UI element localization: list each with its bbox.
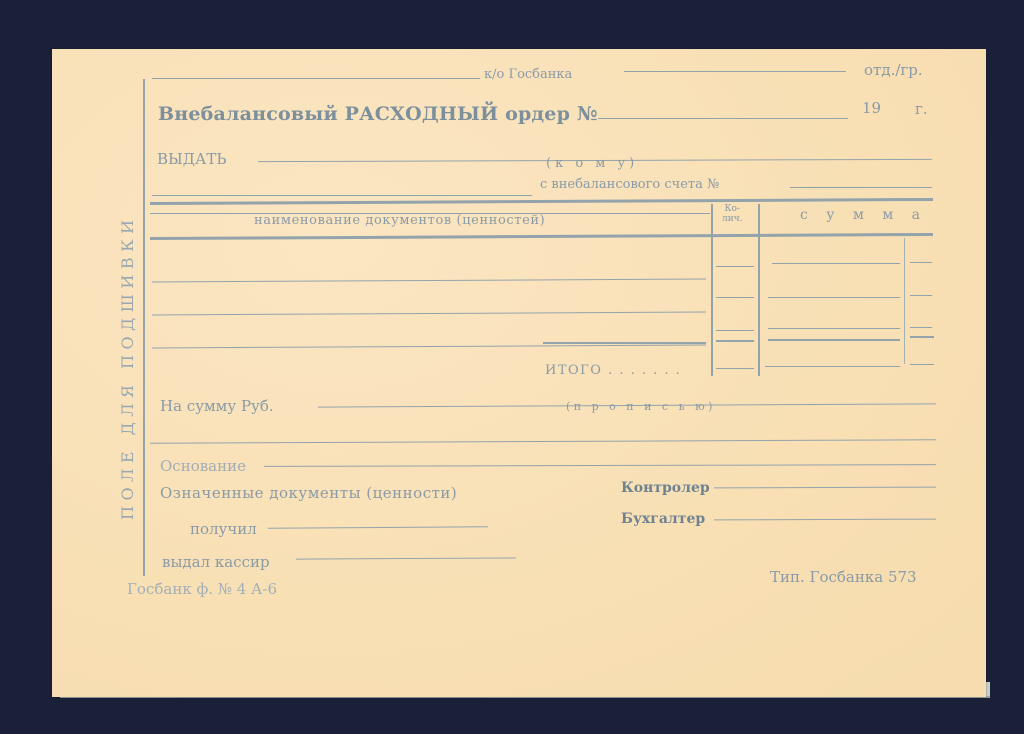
bank-branch-field[interactable] <box>152 78 480 79</box>
binding-margin-line <box>143 79 145 576</box>
table-row-qty[interactable] <box>716 297 754 298</box>
total-kop-field[interactable] <box>910 364 934 365</box>
amount-label: На сумму Руб. <box>160 399 274 414</box>
account-label: с внебалансового счета № <box>540 178 719 191</box>
printer-label: Тип. Госбанка 573 <box>770 570 917 585</box>
table-row-kop[interactable] <box>910 295 932 296</box>
expense-order-form <box>52 49 986 697</box>
year-suffix: г. <box>915 102 928 117</box>
total-qty-field[interactable] <box>716 368 754 369</box>
column-header-name: наименование документов (ценностей) <box>254 214 545 227</box>
table-row-sum[interactable] <box>768 297 900 298</box>
table-row-kop[interactable] <box>910 262 932 263</box>
bank-branch-label: к/о Госбанка <box>484 68 572 81</box>
kopecks-column-border <box>904 238 905 364</box>
amount-words-hint: (п р о п и с ь ю) <box>566 401 716 412</box>
total-label: ИТОГО . . . . . . . <box>545 364 681 377</box>
total-separator-kop <box>910 336 934 338</box>
year-prefix: 19 <box>862 101 881 116</box>
department-field[interactable] <box>624 71 846 72</box>
received-label: получил <box>190 522 257 537</box>
recipient-field-continued[interactable] <box>152 195 532 196</box>
form-code: Госбанк ф. № 4 А-6 <box>127 582 277 597</box>
binding-margin-label: ПОЛЕ ДЛЯ ПОДШИВКИ <box>118 215 137 520</box>
documents-label: Означенные документы (ценности) <box>160 486 457 501</box>
qty-column-left-border <box>711 204 713 376</box>
total-separator-qty <box>716 340 754 342</box>
total-separator <box>543 342 706 344</box>
department-label: отд./гр. <box>864 63 923 78</box>
table-row-sum[interactable] <box>768 328 900 329</box>
controller-label: Контролер <box>621 481 710 495</box>
accountant-label: Бухгалтер <box>621 512 705 526</box>
column-header-qty: Ко- лич. <box>722 204 743 224</box>
table-row-qty[interactable] <box>716 330 754 331</box>
table-row-qty[interactable] <box>716 266 754 267</box>
total-separator-sum <box>768 339 900 341</box>
issue-label: ВЫДАТЬ <box>157 152 226 167</box>
account-number-field[interactable] <box>790 187 932 188</box>
order-number-field[interactable] <box>598 118 848 119</box>
page-title: Внебалансовый РАСХОДНЫЙ ордер № <box>158 105 598 124</box>
cashier-label: выдал кассир <box>162 555 270 570</box>
to-whom-hint: (к о м у) <box>546 157 638 170</box>
basis-label: Основание <box>160 459 246 474</box>
table-row-kop[interactable] <box>910 327 932 328</box>
column-header-sum: с у м м а <box>800 208 927 222</box>
table-row-sum[interactable] <box>772 263 900 264</box>
sum-column-left-border <box>758 204 760 376</box>
total-sum-field[interactable] <box>765 366 900 367</box>
